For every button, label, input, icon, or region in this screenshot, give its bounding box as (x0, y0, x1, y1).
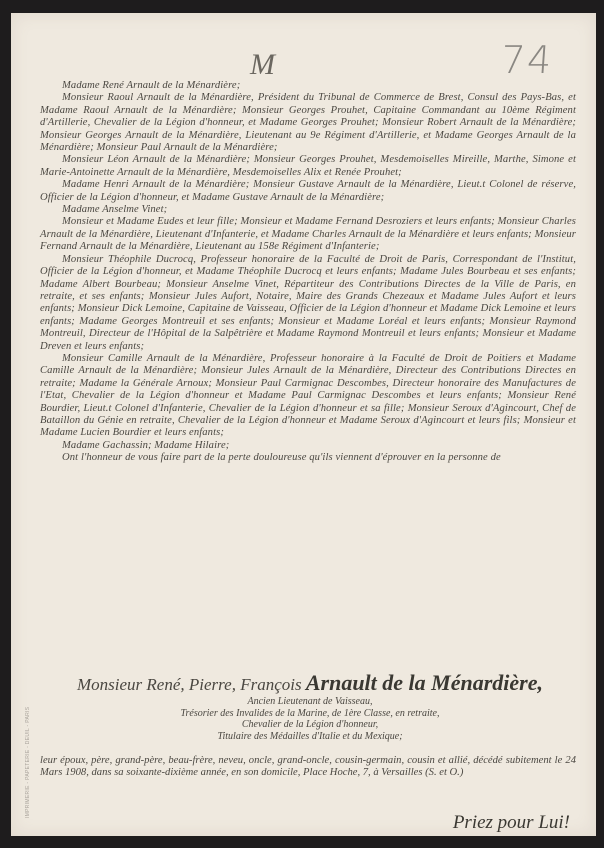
initial-letter: M (250, 48, 275, 82)
family-paragraph: Madame Gachassin; Madame Hilaire; (40, 440, 576, 452)
deceased-block: Monsieur René, Pierre, François Arnault … (30, 672, 590, 742)
deceased-name: Monsieur René, Pierre, François Arnault … (30, 672, 590, 696)
deceased-title: Ancien Lieutenant de Vaisseau, (30, 696, 590, 708)
family-paragraph: Monsieur Camille Arnault de la Ménardièr… (40, 353, 576, 440)
deceased-given-names: Monsieur René, Pierre, François (77, 675, 302, 694)
deceased-title: Trésorier des Invalides de la Marine, de… (30, 708, 590, 720)
family-paragraph: Monsieur Théophile Ducrocq, Professeur h… (40, 254, 576, 353)
prayer-line: Priez pour Lui! (380, 812, 570, 834)
family-list: Madame René Arnault de la Ménardière; Mo… (40, 80, 576, 465)
family-paragraph: Madame René Arnault de la Ménardière; (40, 80, 576, 92)
closing-text: leur époux, père, grand-père, beau-frère… (40, 755, 576, 780)
folio-number: 74 (499, 38, 554, 82)
family-paragraph: Madame Henri Arnault de la Ménardière; M… (40, 179, 576, 204)
announcement-sentence: Ont l'honneur de vous faire part de la p… (40, 452, 576, 464)
deceased-title: Chevalier de la Légion d'honneur, (30, 719, 590, 731)
deceased-title: Titulaire des Médailles d'Italie et du M… (30, 731, 590, 743)
family-paragraph: Monsieur Raoul Arnault de la Ménardière,… (40, 92, 576, 154)
deceased-surname: Arnault de la Ménardière, (306, 670, 543, 695)
family-paragraph: Monsieur Léon Arnault de la Ménardière; … (40, 154, 576, 179)
closing-paragraph: leur époux, père, grand-père, beau-frère… (40, 755, 576, 780)
family-paragraph: Madame Anselme Vinet; (40, 204, 576, 216)
family-paragraph: Monsieur et Madame Eudes et leur fille; … (40, 216, 576, 253)
